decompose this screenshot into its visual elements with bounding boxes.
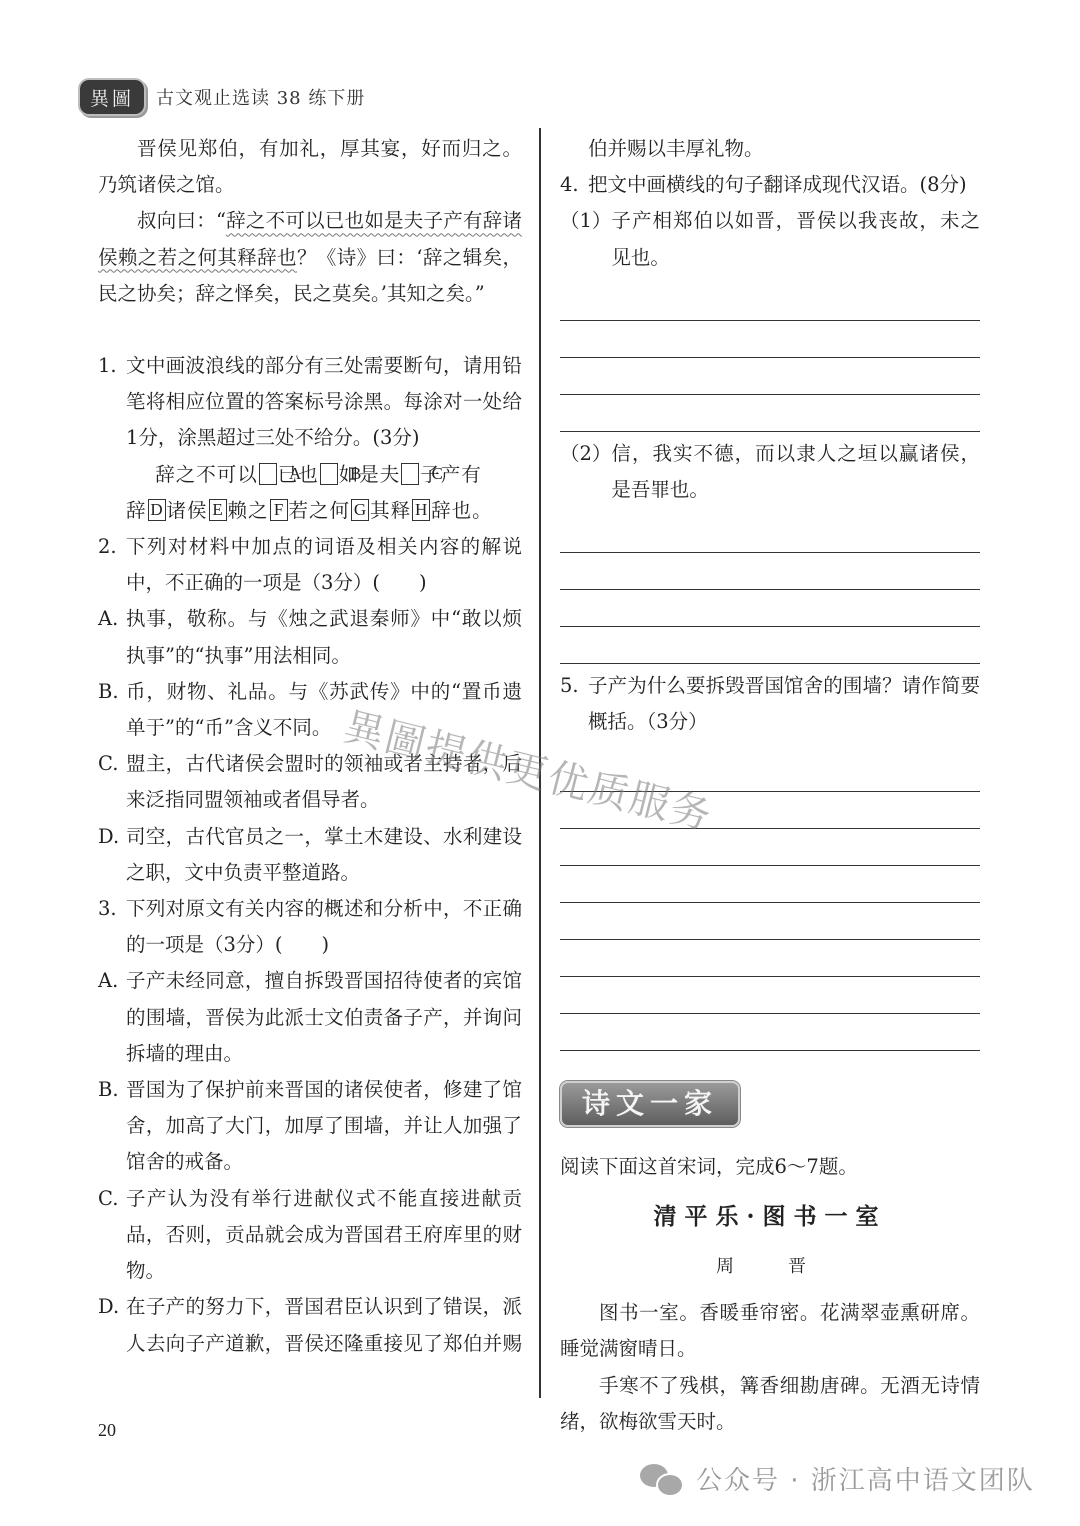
option-d: D.司空，古代官员之一，掌土木建设、水利建设之职，文中负责平整道路。 (98, 819, 522, 891)
question-4-part-1: （1） 子产相郑伯以如晋，晋侯以我丧故，未之见也。 (560, 203, 980, 275)
answer-line[interactable] (560, 358, 980, 395)
break-text: 赖之 (228, 499, 269, 522)
question-4-part-2: （2） 信，我实不德，而以隶人之垣以赢诸侯，是吾罪也。 (560, 436, 980, 508)
break-text: 其释 (370, 499, 411, 522)
option-text: 子产认为没有举行进献仪式不能直接进献贡品，否则，贡品就会成为晋国君王府库里的财物… (126, 1181, 522, 1290)
break-option-e[interactable]: E (209, 499, 227, 521)
answer-line[interactable] (560, 284, 980, 321)
poem-author: 周 晋 (560, 1249, 980, 1285)
question-text: 下列对原文有关内容的概述和分析中，不正确的一项是（3分）( ) (126, 891, 522, 963)
passage-paragraph-2: 叔向曰：“辞之不可以已也如是夫子产有辞诸侯赖之若之何其释辞也？《诗》曰：‘辞之辑… (98, 203, 522, 312)
poem-stanza-2: 手寒不了残棋，篝香细勘唐碑。无酒无诗情绪，欲梅欲雪天时。 (560, 1368, 980, 1440)
footer-attribution: 公众号 · 浙江高中语文团队 (640, 1460, 1035, 1497)
poem-intro: 阅读下面这首宋词，完成6～7题。 (560, 1149, 980, 1185)
answer-line[interactable] (560, 977, 980, 1014)
question-text: 把文中画横线的句子翻译成现代汉语。(8分) (588, 167, 980, 203)
option-label: D. (98, 1289, 126, 1361)
option-text: 在子产的努力下，晋国君臣认识到了错误，派人去向子产道歉，晋侯还隆重接见了郑伯并赐… (126, 1289, 522, 1361)
question-5: 5. 子产为什么要拆毁晋国馆舍的围墙？请作简要概括。（3分） (560, 668, 980, 740)
answer-line[interactable] (560, 553, 980, 590)
sub-label: （2） (560, 436, 611, 508)
question-text: 文中画波浪线的部分有三处需要断句，请用铅笔将相应位置的答案标号涂黑。每涂对一处给… (126, 348, 522, 457)
option-label: A. (98, 963, 126, 1072)
option-b: B.晋国为了保护前来晋国的诸侯使者，修建了馆舍，加高了大门，加厚了围墙，并让人加… (98, 1072, 522, 1181)
answer-line[interactable] (560, 590, 980, 627)
book-title: 古文观止选读 38 练下册 (156, 84, 365, 110)
option-d: D.在子产的努力下，晋国君臣认识到了错误，派人去向子产道歉，晋侯还隆重接见了郑伯… (98, 1289, 522, 1361)
question-number: 5. (560, 668, 588, 740)
break-option-f[interactable]: F (270, 499, 288, 521)
option-label: A. (98, 601, 126, 673)
option-label: C. (98, 1181, 126, 1290)
wechat-icon (640, 1462, 684, 1496)
option-a: A.执事，敬称。与《烛之武退秦师》中“敢以烦执事”的“执事”用法相同。 (98, 601, 522, 673)
passage-paragraph-1: 晋侯见郑伯，有加礼，厚其宴，好而归之。乃筑诸侯之馆。 (98, 131, 522, 203)
answer-lines-4-1[interactable] (560, 284, 980, 432)
option-text: 执事，敬称。与《烛之武退秦师》中“敢以烦执事”的“执事”用法相同。 (126, 601, 522, 673)
question-number: 4. (560, 167, 588, 203)
sub-label: （1） (560, 203, 611, 275)
option-a: A.子产未经同意，擅自拆毁晋国招待使者的宾馆的围墙，晋侯为此派士文伯责备子产，并… (98, 963, 522, 1072)
break-line-1: 辞之不可以A已也B如是夫C子产有 (126, 457, 522, 493)
answer-line[interactable] (560, 829, 980, 866)
option-c: C.子产认为没有举行进献仪式不能直接进献贡品，否则，贡品就会成为晋国君王府库里的… (98, 1181, 522, 1290)
question-number: 2. (98, 529, 126, 601)
question-3: 3. 下列对原文有关内容的概述和分析中，不正确的一项是（3分）( ) (98, 891, 522, 963)
option-label: B. (98, 1072, 126, 1181)
page-number: 20 (98, 1420, 116, 1441)
answer-line[interactable] (560, 940, 980, 977)
sentence-break-options: 辞之不可以A已也B如是夫C子产有 辞D诸侯E赖之F若之何G其释H辞也。 (98, 457, 522, 529)
option-text: 司空，古代官员之一，掌土木建设、水利建设之职，文中负责平整道路。 (126, 819, 522, 891)
break-option-g[interactable]: G (351, 499, 369, 521)
answer-line[interactable] (560, 627, 980, 664)
option-text: 子产未经同意，擅自拆毁晋国招待使者的宾馆的围墙，晋侯为此派士文伯责备子产，并询问… (126, 963, 522, 1072)
answer-lines-4-2[interactable] (560, 516, 980, 664)
break-text: 诸侯 (167, 499, 208, 522)
answer-line[interactable] (560, 516, 980, 553)
sub-text: 子产相郑伯以如晋，晋侯以我丧故，未之见也。 (611, 203, 980, 275)
option-text: 晋国为了保护前来晋国的诸侯使者，修建了馆舍，加高了大门，加厚了围墙，并让人加强了… (126, 1072, 522, 1181)
page-header: 異圖 古文观止选读 38 练下册 (80, 78, 365, 116)
footer-text: 公众号 · 浙江高中语文团队 (696, 1460, 1035, 1497)
quote-prefix: 叔向曰：“ (137, 209, 226, 232)
break-text: 辞 (126, 499, 147, 522)
break-option-h[interactable]: H (412, 499, 430, 521)
break-text: 如是夫 (339, 463, 401, 486)
question-1: 1. 文中画波浪线的部分有三处需要断句，请用铅笔将相应位置的答案标号涂黑。每涂对… (98, 348, 522, 457)
break-text: 辞之不可以 (155, 463, 258, 486)
sub-text: 信，我实不德，而以隶人之垣以赢诸侯，是吾罪也。 (611, 436, 980, 508)
publisher-logo: 異圖 (80, 80, 144, 114)
break-text: 若之何 (289, 499, 351, 522)
question-text: 子产为什么要拆毁晋国馆舍的围墙？请作简要概括。（3分） (588, 668, 980, 740)
break-option-a[interactable]: A (259, 463, 277, 485)
break-text: 已也 (278, 463, 319, 486)
option-label: C. (98, 746, 126, 818)
question-2: 2. 下列对材料中加点的词语及相关内容的解说中，不正确的一项是（3分）( ) (98, 529, 522, 601)
break-option-d[interactable]: D (148, 499, 166, 521)
break-text: 子产有 (420, 463, 482, 486)
question-4: 4. 把文中画横线的句子翻译成现代汉语。(8分) (560, 167, 980, 203)
poem-title: 清平乐·图书一室 (560, 1199, 980, 1235)
answer-line[interactable] (560, 903, 980, 940)
option-d-continued: 伯并赐以丰厚礼物。 (560, 131, 980, 167)
question-number: 1. (98, 348, 126, 457)
break-line-2: 辞D诸侯E赖之F若之何G其释H辞也。 (126, 493, 522, 529)
answer-line[interactable] (560, 1014, 980, 1051)
answer-line[interactable] (560, 866, 980, 903)
break-option-c[interactable]: C (401, 463, 419, 485)
option-label: D. (98, 819, 126, 891)
poem-stanza-1: 图书一室。香暖垂帘密。花满翠壶熏研席。睡觉满窗晴日。 (560, 1295, 980, 1367)
question-text: 下列对材料中加点的词语及相关内容的解说中，不正确的一项是（3分）( ) (126, 529, 522, 601)
answer-line[interactable] (560, 395, 980, 432)
break-text: 辞也。 (431, 499, 493, 522)
question-number: 3. (98, 891, 126, 963)
option-label: B. (98, 674, 126, 746)
section-banner: 诗文一家 (560, 1081, 740, 1127)
answer-line[interactable] (560, 321, 980, 358)
break-option-b[interactable]: B (320, 463, 338, 485)
